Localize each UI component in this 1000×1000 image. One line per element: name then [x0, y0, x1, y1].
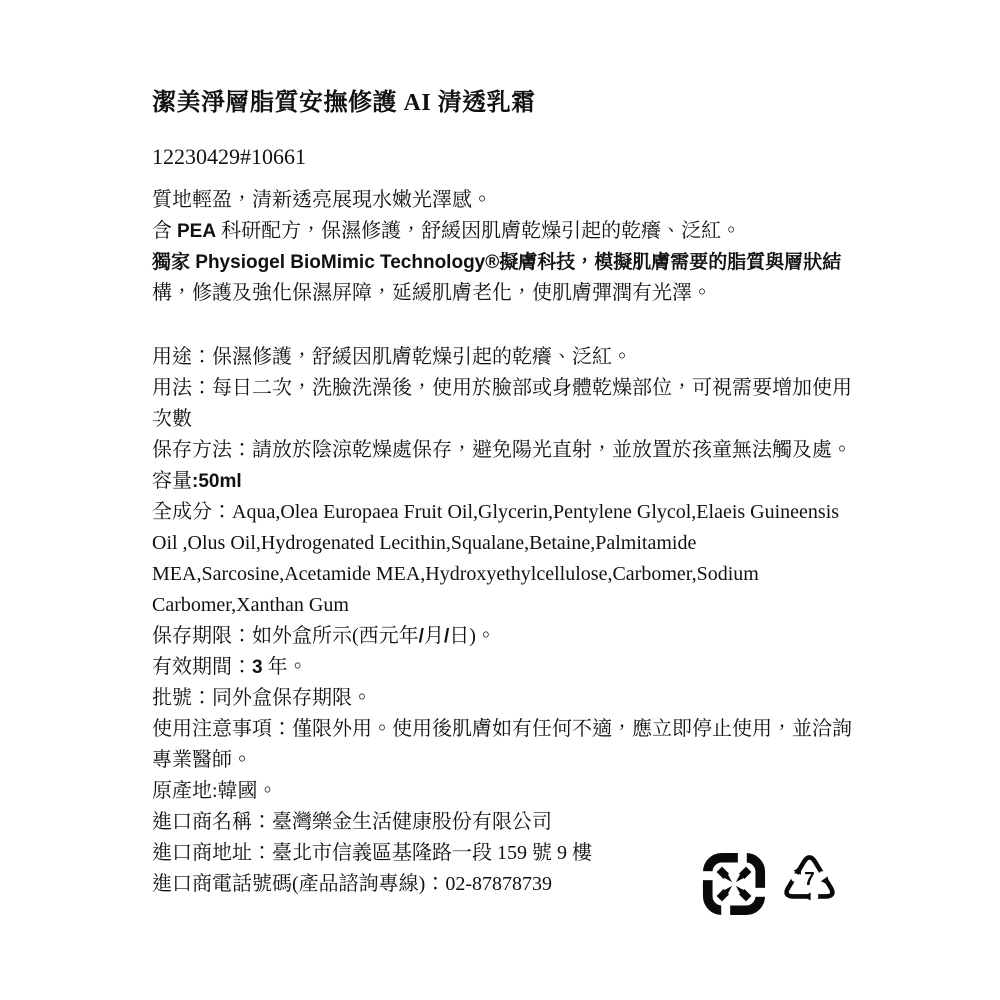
- text-run: :50ml: [192, 471, 242, 492]
- paragraph-intro-pea-formula: 含 PEA 科研配方，保濕修護，舒緩因肌膚乾燥引起的乾癢、泛紅。: [152, 216, 852, 247]
- text-run: 有效期間：: [152, 656, 252, 678]
- text-run: 構，修護及強化保濕屏障，延緩肌膚老化，使肌膚彈潤有光澤。: [152, 282, 712, 304]
- text-run: 科研配方，保濕修護，舒緩因肌膚乾燥引起的乾癢、泛紅。: [216, 220, 741, 242]
- text-run: 容量: [152, 470, 192, 492]
- text-run: 質地輕盈，清新透亮展現水嫩光澤感。: [152, 189, 492, 211]
- text-run: 原產地:韓國。: [152, 780, 278, 802]
- paragraph-importer-name: 進口商名稱：臺灣樂金生活健康股份有限公司: [152, 807, 852, 838]
- resin-code-number: 7: [804, 868, 814, 889]
- text-run: 全成分：: [152, 501, 232, 523]
- text-run: 進口商名稱：臺灣樂金生活健康股份有限公司: [152, 811, 552, 833]
- text-run: 獨家 Physiogel BioMimic Technology®擬膚科技，模擬…: [152, 252, 841, 273]
- resin-code-7-icon: 7: [781, 852, 838, 909]
- product-description-page: 潔美淨層脂質安撫修護 AI 清透乳霜 12230429#10661 質地輕盈，清…: [0, 0, 1000, 1000]
- text-run: 進口商電話號碼(產品諮詢專線)：02-87878739: [152, 873, 552, 895]
- text-run: 保存方法：請放於陰涼乾燥處保存，避免陽光直射，並放置於孩童無法觸及處。: [152, 439, 852, 461]
- product-code: 12230429#10661: [152, 144, 306, 170]
- text-run: 用途：保濕修護，舒緩因肌膚乾燥引起的乾癢、泛紅。: [152, 346, 632, 368]
- text-run: 使用注意事項：僅限外用。使用後肌膚如有任何不適，應立即停止使用，並洽詢專業醫師。: [152, 718, 852, 771]
- paragraph-origin: 原產地:韓國。: [152, 776, 852, 807]
- body-text: 質地輕盈，清新透亮展現水嫩光澤感。含 PEA 科研配方，保濕修護，舒緩因肌膚乾燥…: [152, 185, 852, 900]
- text-run: 用法：每日二次，洗臉洗澡後，使用於臉部或身體乾燥部位，可視需要增加使用次數: [152, 377, 852, 430]
- text-run: 批號：同外盒保存期限。: [152, 687, 372, 709]
- paragraph-shelf-life: 有效期間：3 年。: [152, 652, 852, 683]
- paragraph-volume: 容量:50ml: [152, 466, 852, 497]
- paragraph-usage: 用途：保濕修護，舒緩因肌膚乾燥引起的乾癢、泛紅。: [152, 342, 852, 373]
- paragraph-storage-method: 保存方法：請放於陰涼乾燥處保存，避免陽光直射，並放置於孩童無法觸及處。: [152, 435, 852, 466]
- paragraph-batch-number: 批號：同外盒保存期限。: [152, 683, 852, 714]
- paragraph-expiry-date: 保存期限：如外盒所示(西元年/月/日)。: [152, 621, 852, 652]
- text-run: 3: [252, 657, 263, 678]
- paragraph-ingredients: 全成分：Aqua,Olea Europaea Fruit Oil,Glyceri…: [152, 497, 852, 621]
- paragraph-intro-technology: 獨家 Physiogel BioMimic Technology®擬膚科技，模擬…: [152, 247, 852, 309]
- text-run: 月: [424, 625, 444, 647]
- page-title: 潔美淨層脂質安撫修護 AI 清透乳霜: [152, 82, 536, 117]
- paragraph-intro-texture: 質地輕盈，清新透亮展現水嫩光澤感。: [152, 185, 852, 216]
- paragraph-caution: 使用注意事項：僅限外用。使用後肌膚如有任何不適，應立即停止使用，並洽詢專業醫師。: [152, 714, 852, 776]
- text-run: 日)。: [449, 625, 496, 647]
- text-run: Aqua,Olea Europaea Fruit Oil,Glycerin,Pe…: [152, 501, 839, 616]
- text-run: 保存期限：如外盒所示(西元年: [152, 625, 419, 647]
- text-run: 進口商地址：臺北市信義區基隆路一段 159 號 9 樓: [152, 842, 592, 864]
- taiwan-recycling-icon: [702, 851, 766, 917]
- text-run: 含: [152, 220, 177, 242]
- text-run: 年。: [263, 656, 308, 678]
- text-run: PEA: [177, 221, 216, 242]
- paragraph-directions: 用法：每日二次，洗臉洗澡後，使用於臉部或身體乾燥部位，可視需要增加使用次數: [152, 373, 852, 435]
